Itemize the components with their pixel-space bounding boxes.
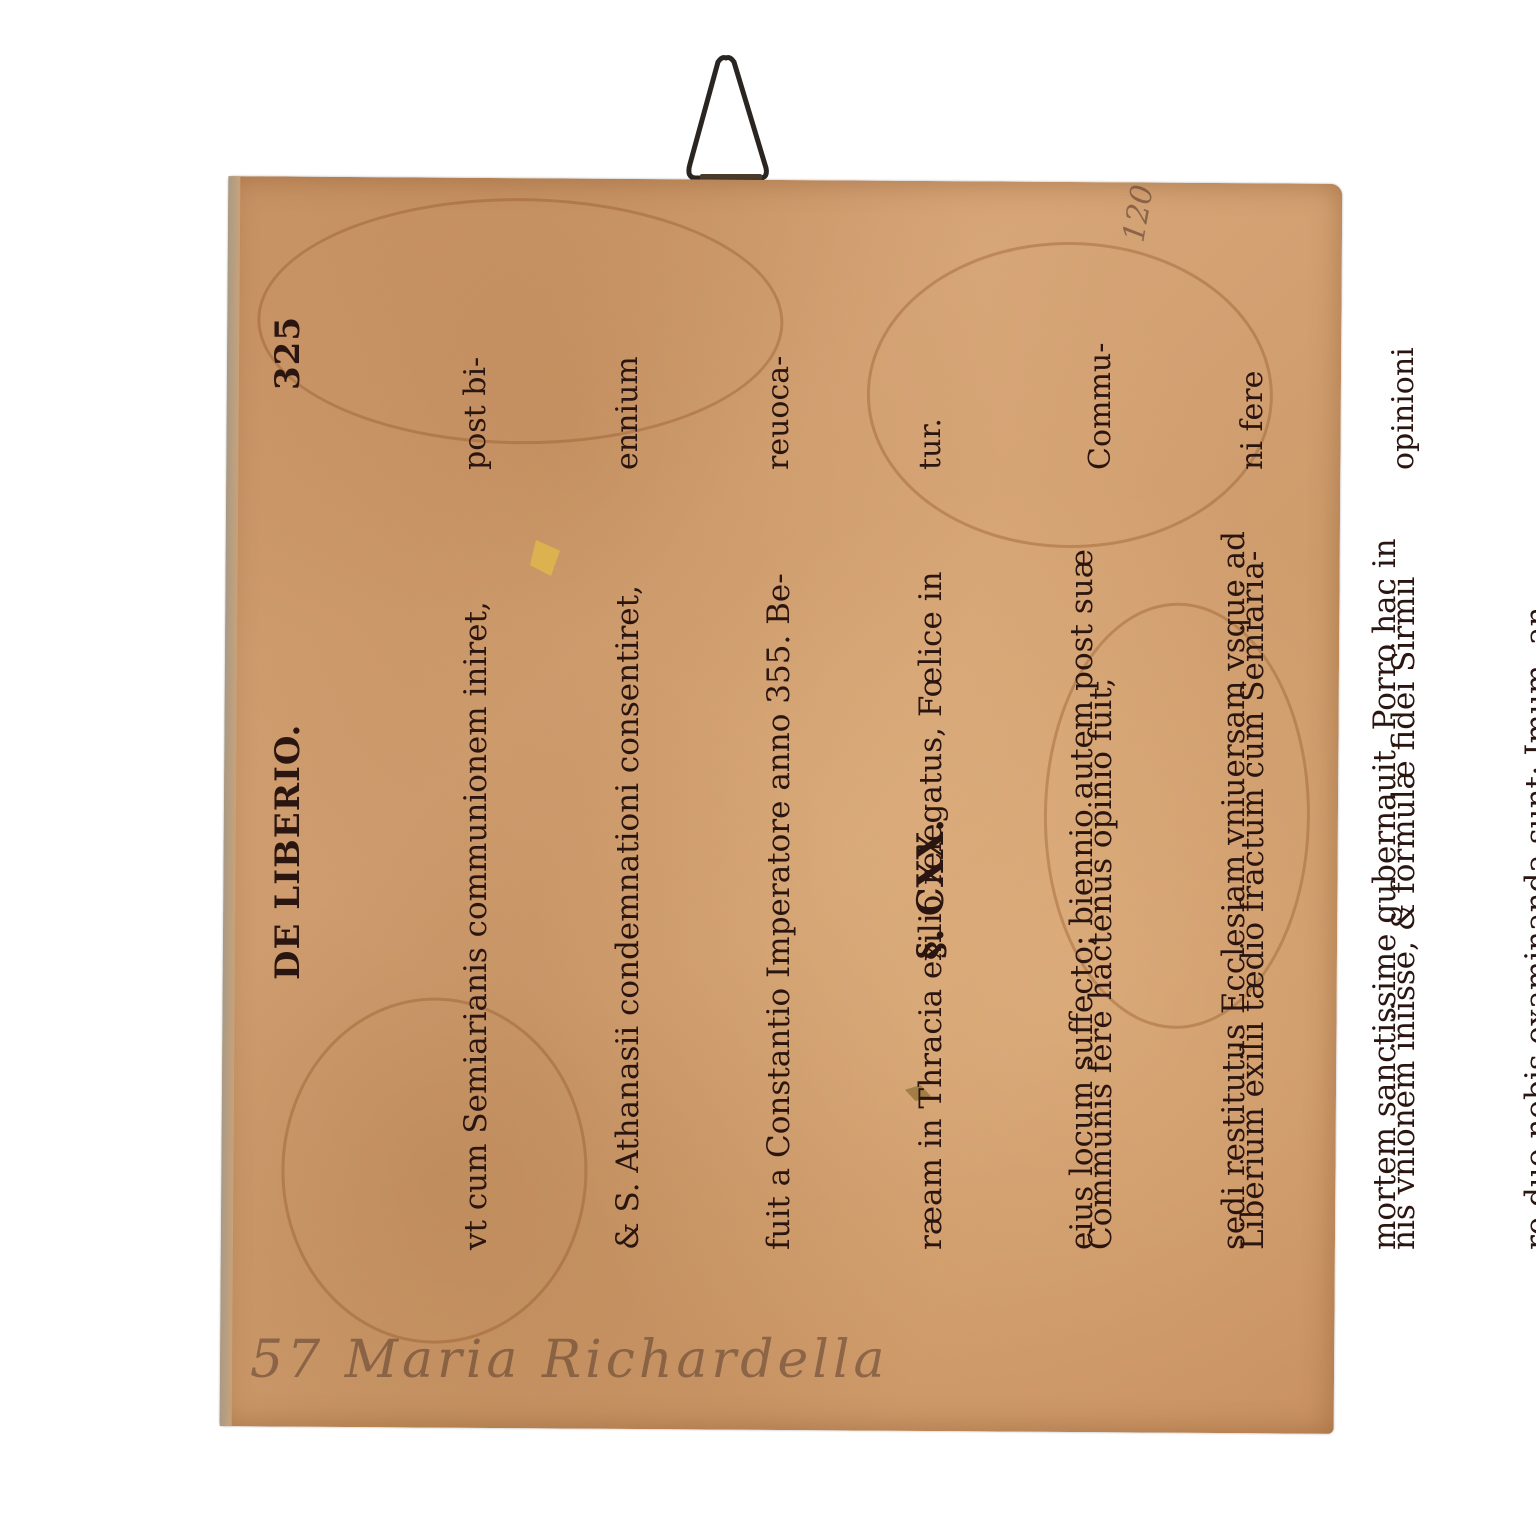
paragraph-2: Communis fere hactenus opinio fuit, Libe… — [975, 541, 1536, 1250]
text-line: ni fere — [1228, 328, 1279, 470]
board-left-edge — [220, 176, 241, 1426]
text-line: fuit a Constantio Imperatore anno 355. B… — [754, 531, 805, 1250]
text-line: Communis fere hactenus opinio fuit, — [1076, 541, 1127, 1250]
text-line: opinioni — [1379, 328, 1430, 470]
text-line: & S. Athanasii condemnationi consentiret… — [603, 531, 654, 1250]
section-heading: §. CXX. — [910, 819, 952, 960]
text-line: Commu- — [1076, 328, 1127, 470]
text-line: nis vnionem iniisse, & formulæ fidei Sir… — [1379, 541, 1430, 1250]
running-head-title: DE LIBERIO. — [268, 724, 308, 980]
marginal-note-2: Commu- ni fere opinioni de lapsu Liberii… — [975, 328, 1536, 470]
marginal-note-1: post bi- ennium reuoca- tur. — [350, 356, 1057, 470]
text-line: reuoca- — [754, 356, 805, 470]
printed-latin-page: DE LIBERIO. 325 vt cum Semiarianis commu… — [260, 190, 1340, 1290]
text-line: ennium — [603, 356, 654, 470]
text-line: ab eis confectæ subscribendo, atque S. A… — [1531, 541, 1536, 1250]
text-line: Liberium exilii tædio fractum cum Semiar… — [1228, 541, 1279, 1250]
triangle-wire-hanger-icon — [682, 52, 770, 190]
text-line: vt cum Semiarianis communionem iniret, — [451, 531, 502, 1250]
text-line: de lapsu — [1531, 328, 1536, 470]
handwritten-inscription: 57 Maria Richardella — [250, 1330, 889, 1390]
page-number: 325 — [268, 316, 308, 390]
text-line: post bi- — [451, 356, 502, 470]
text-line: tur. — [906, 356, 957, 470]
running-head: DE LIBERIO. 325 — [260, 220, 320, 1250]
